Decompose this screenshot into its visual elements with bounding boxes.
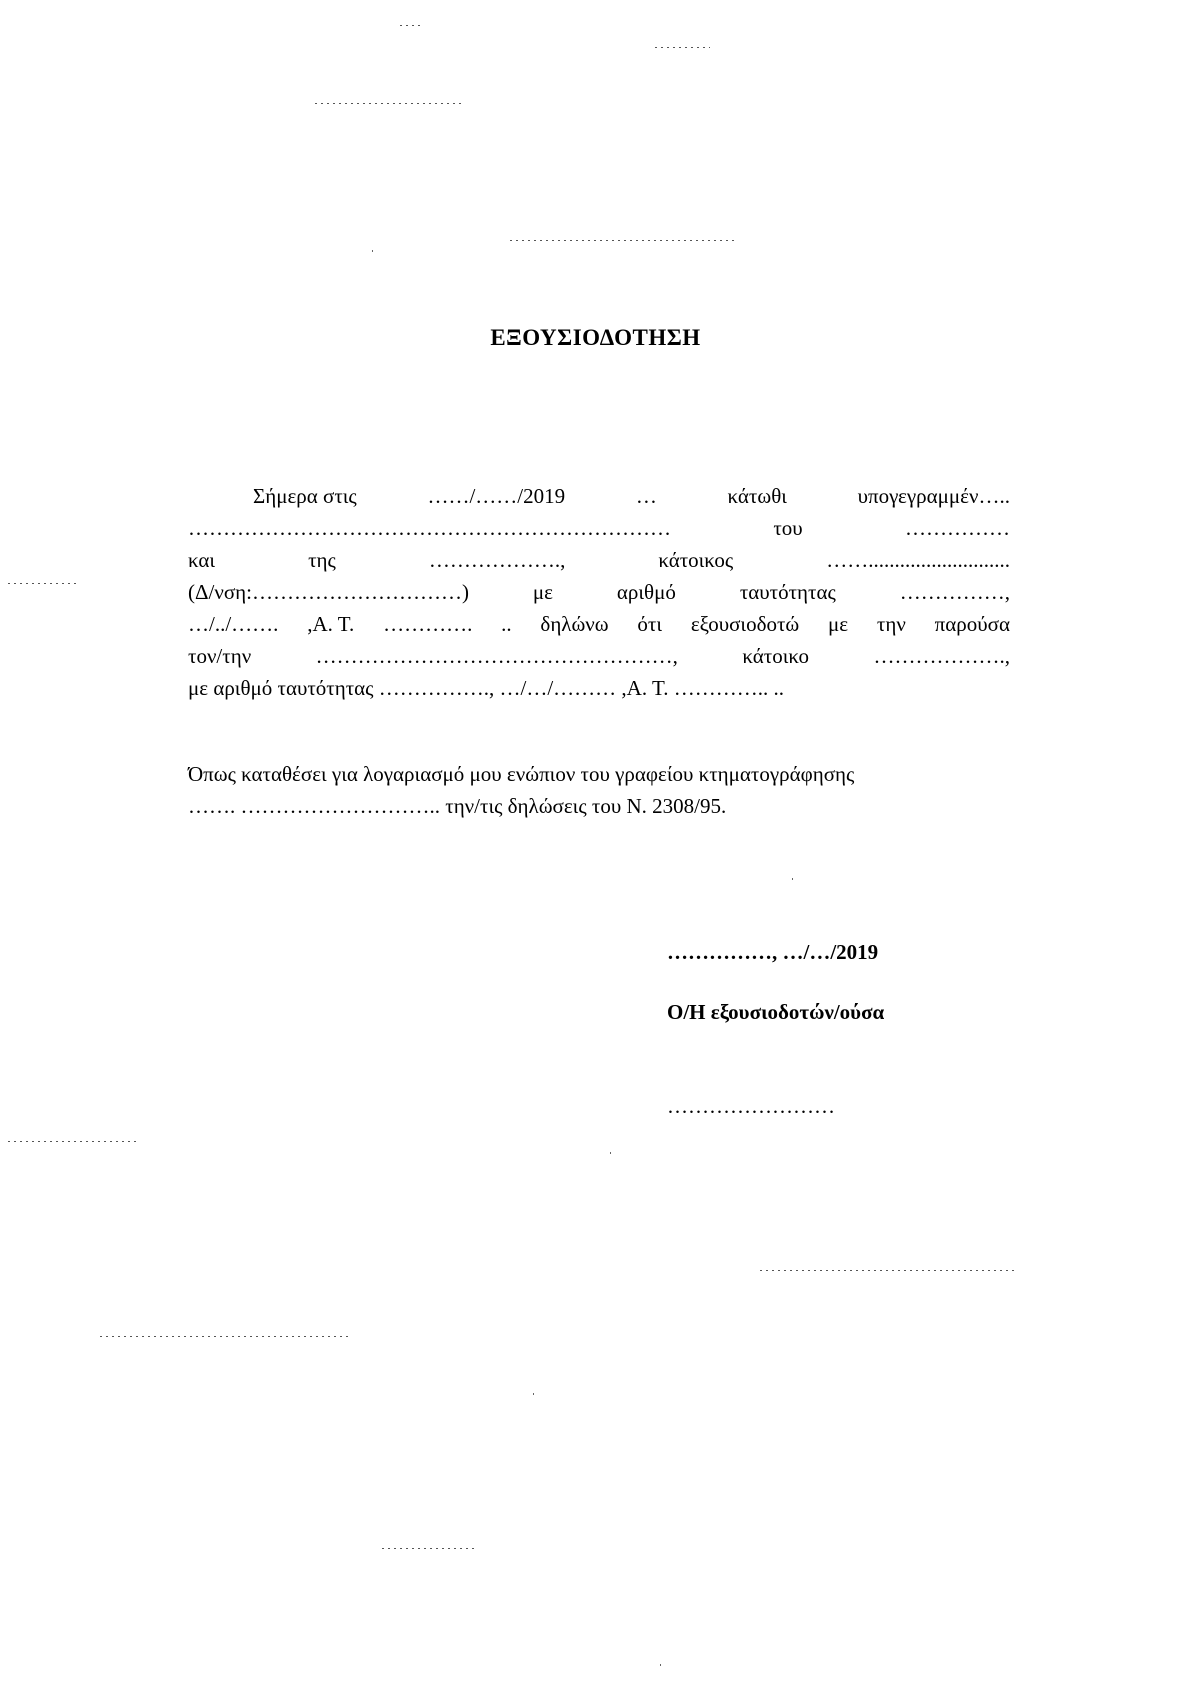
- scan-artifact: [400, 25, 420, 26]
- signature-role: Ο/Η εξουσιοδοτών/ούσα: [667, 1000, 884, 1025]
- text-word: κάτοικο: [742, 642, 809, 670]
- blank-field: …: [636, 482, 657, 510]
- body-line-5: …/../……. ,Α. Τ. …………. .. δηλώνω ότι εξου…: [188, 610, 1010, 638]
- text-word: ,Α. Τ.: [307, 610, 354, 638]
- name-blank: ……………………………………………………………: [188, 514, 671, 542]
- scan-artifact: [533, 1393, 534, 1395]
- text-word: ταυτότητας: [740, 578, 836, 606]
- body-line-7: με αριθμό ταυτότητας ……………., …/…/……… ,Α.…: [188, 674, 784, 702]
- document-title: ΕΞΟΥΣΙΟΔΟΤΗΣΗ: [0, 325, 1191, 351]
- text-word: δηλώνω: [540, 610, 608, 638]
- id-date-blank: …/../…….: [188, 610, 278, 638]
- text-word: του: [773, 514, 802, 542]
- scan-artifact: [655, 47, 710, 48]
- text-word: με: [533, 578, 553, 606]
- scan-artifact: [100, 1336, 350, 1337]
- scan-artifact: [382, 1548, 477, 1549]
- paragraph2-line-1: Όπως καταθέσει για λογαριασμό μου ενώπιο…: [188, 760, 854, 788]
- text-word: ότι: [637, 610, 662, 638]
- text-word: και: [188, 546, 215, 574]
- body-line-3: και της ………………., κάτοικος ……............…: [188, 546, 1010, 574]
- date-blank: ……/……/2019: [427, 482, 565, 510]
- address-blank: (Δ/νση:…………………………): [188, 578, 469, 606]
- text-word: την: [877, 610, 906, 638]
- text-word: αριθμό: [617, 578, 676, 606]
- body-line-2: …………………………………………………………… του ……………: [188, 514, 1010, 542]
- scan-artifact: [660, 1664, 661, 1666]
- residence-blank: ……...........................: [826, 546, 1010, 574]
- text-word: παρούσα: [935, 610, 1010, 638]
- mother-name-blank: ……………….,: [429, 546, 566, 574]
- text-word: τον/την: [188, 642, 251, 670]
- text-today-on: Σήμερα στις: [253, 482, 357, 510]
- scan-artifact: [372, 250, 373, 252]
- scan-artifact: [610, 1152, 611, 1154]
- police-dept-blank: ………….: [383, 610, 472, 638]
- text-word: της: [308, 546, 336, 574]
- text-word: υπογεγραμμέν…..: [858, 482, 1010, 510]
- father-name-blank: ……………: [905, 514, 1010, 542]
- signature-line: ……………………: [667, 1092, 835, 1120]
- text-word: κάτωθι: [728, 482, 787, 510]
- scan-artifact: [8, 1141, 138, 1142]
- body-line-4: (Δ/νση:…………………………) με αριθμό ταυτότητας …: [188, 578, 1010, 606]
- signature-place-date: ……………, …/…/2019: [667, 940, 878, 965]
- scan-artifact: [760, 1270, 1015, 1271]
- text-word: εξουσιοδοτώ: [691, 610, 799, 638]
- scan-artifact: [792, 878, 793, 880]
- body-line-1: Σήμερα στις ……/……/2019 … κάτωθι υπογεγρα…: [253, 482, 1010, 510]
- text-word: ..: [501, 610, 512, 638]
- authorized-residence-blank: ……………….,: [874, 642, 1011, 670]
- text-word: κάτοικος: [658, 546, 733, 574]
- authorized-name-blank: ……………………………………………,: [316, 642, 678, 670]
- id-number-blank: ……………,: [900, 578, 1010, 606]
- text-word: με: [828, 610, 848, 638]
- scan-artifact: [510, 240, 735, 241]
- scan-artifact: [315, 103, 465, 104]
- paragraph2-line-2: ……. ……………………….. την/τις δηλώσεις του Ν. …: [188, 792, 726, 820]
- scan-artifact: [8, 583, 78, 584]
- body-line-6: τον/την ……………………………………………, κάτοικο ………………: [188, 642, 1010, 670]
